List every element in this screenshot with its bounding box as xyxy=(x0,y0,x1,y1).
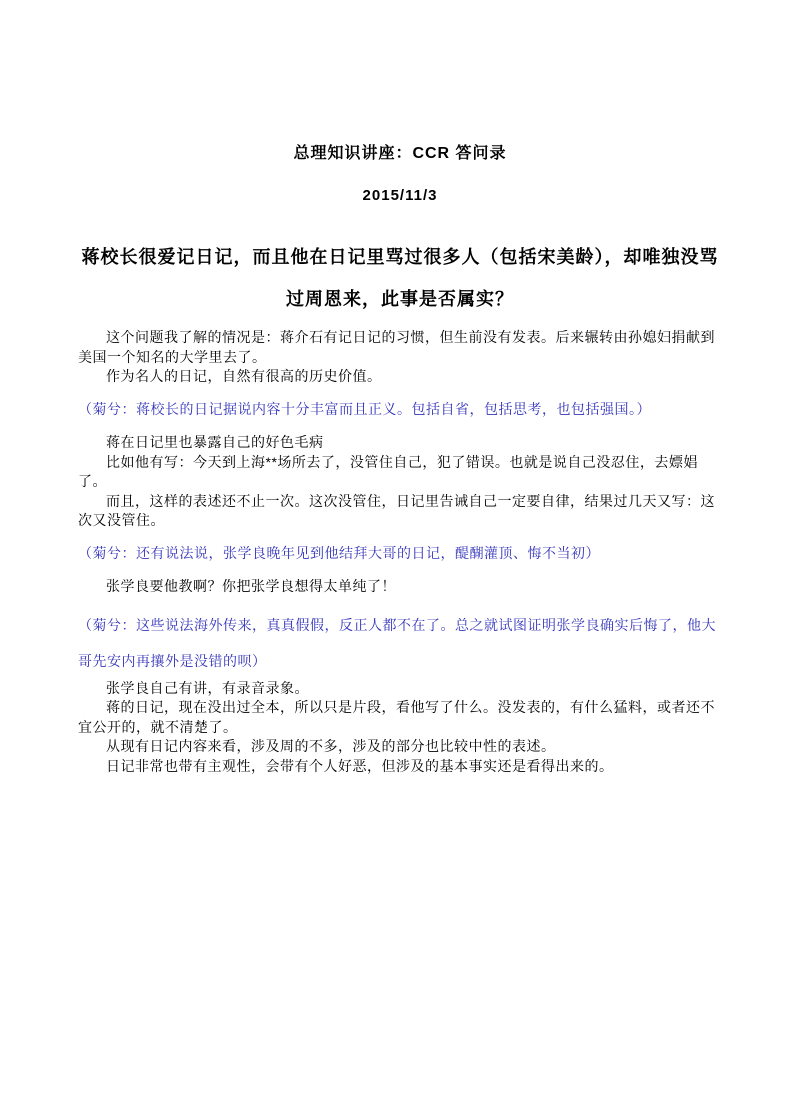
annotation-paragraph: （菊兮：还有说法说，张学良晚年见到他结拜大哥的日记，醍醐灌顶、悔不当初） xyxy=(78,544,722,564)
body-paragraph: 日记非常也带有主观性，会带有个人好恶，但涉及的基本事实还是看得出来的。 xyxy=(78,757,722,777)
body-paragraph: 这个问题我了解的情况是：蒋介石有记日记的习惯，但生前没有发表。后来辗转由孙媳妇捐… xyxy=(78,328,722,367)
body-paragraph: 从现有日记内容来看，涉及周的不多，涉及的部分也比较中性的表述。 xyxy=(78,737,722,757)
document-body: 这个问题我了解的情况是：蒋介石有记日记的习惯，但生前没有发表。后来辗转由孙媳妇捐… xyxy=(78,328,722,776)
document-date: 2015/11/3 xyxy=(0,187,800,204)
body-paragraph: 而且，这样的表述还不止一次。这次没管住，日记里告诫自己一定要自律，结果过几天又写… xyxy=(78,492,722,531)
annotation-paragraph: （菊兮：这些说法海外传来，真真假假，反正人都不在了。总之就试图证明张学良确实后悔… xyxy=(78,607,722,679)
document-page: 总理知识讲座：CCR 答问录 2015/11/3 蒋校长很爱记日记，而且他在日记… xyxy=(0,0,800,1100)
body-paragraph: 蒋在日记里也暴露自己的好色毛病 xyxy=(78,433,722,453)
question-heading: 蒋校长很爱记日记，而且他在日记里骂过很多人（包括宋美龄），却唯独没骂过周恩来，此… xyxy=(78,236,722,320)
body-paragraph: 张学良要他教啊？你把张学良想得太单纯了！ xyxy=(78,577,722,597)
body-paragraph: 作为名人的日记，自然有很高的历史价值。 xyxy=(78,367,722,387)
annotation-paragraph: （菊兮：蒋校长的日记据说内容十分丰富而且正义。包括自省，包括思考，也包括强国。） xyxy=(78,400,722,420)
document-title: 总理知识讲座：CCR 答问录 xyxy=(0,145,800,162)
body-paragraph: 蒋的日记，现在没出过全本，所以只是片段，看他写了什么。没发表的，有什么猛料，或者… xyxy=(78,698,722,737)
body-paragraph: 比如他有写：今天到上海**场所去了，没管住自己，犯了错误。也就是说自己没忍住，去… xyxy=(78,453,722,492)
body-paragraph: 张学良自己有讲，有录音录象。 xyxy=(78,679,722,699)
